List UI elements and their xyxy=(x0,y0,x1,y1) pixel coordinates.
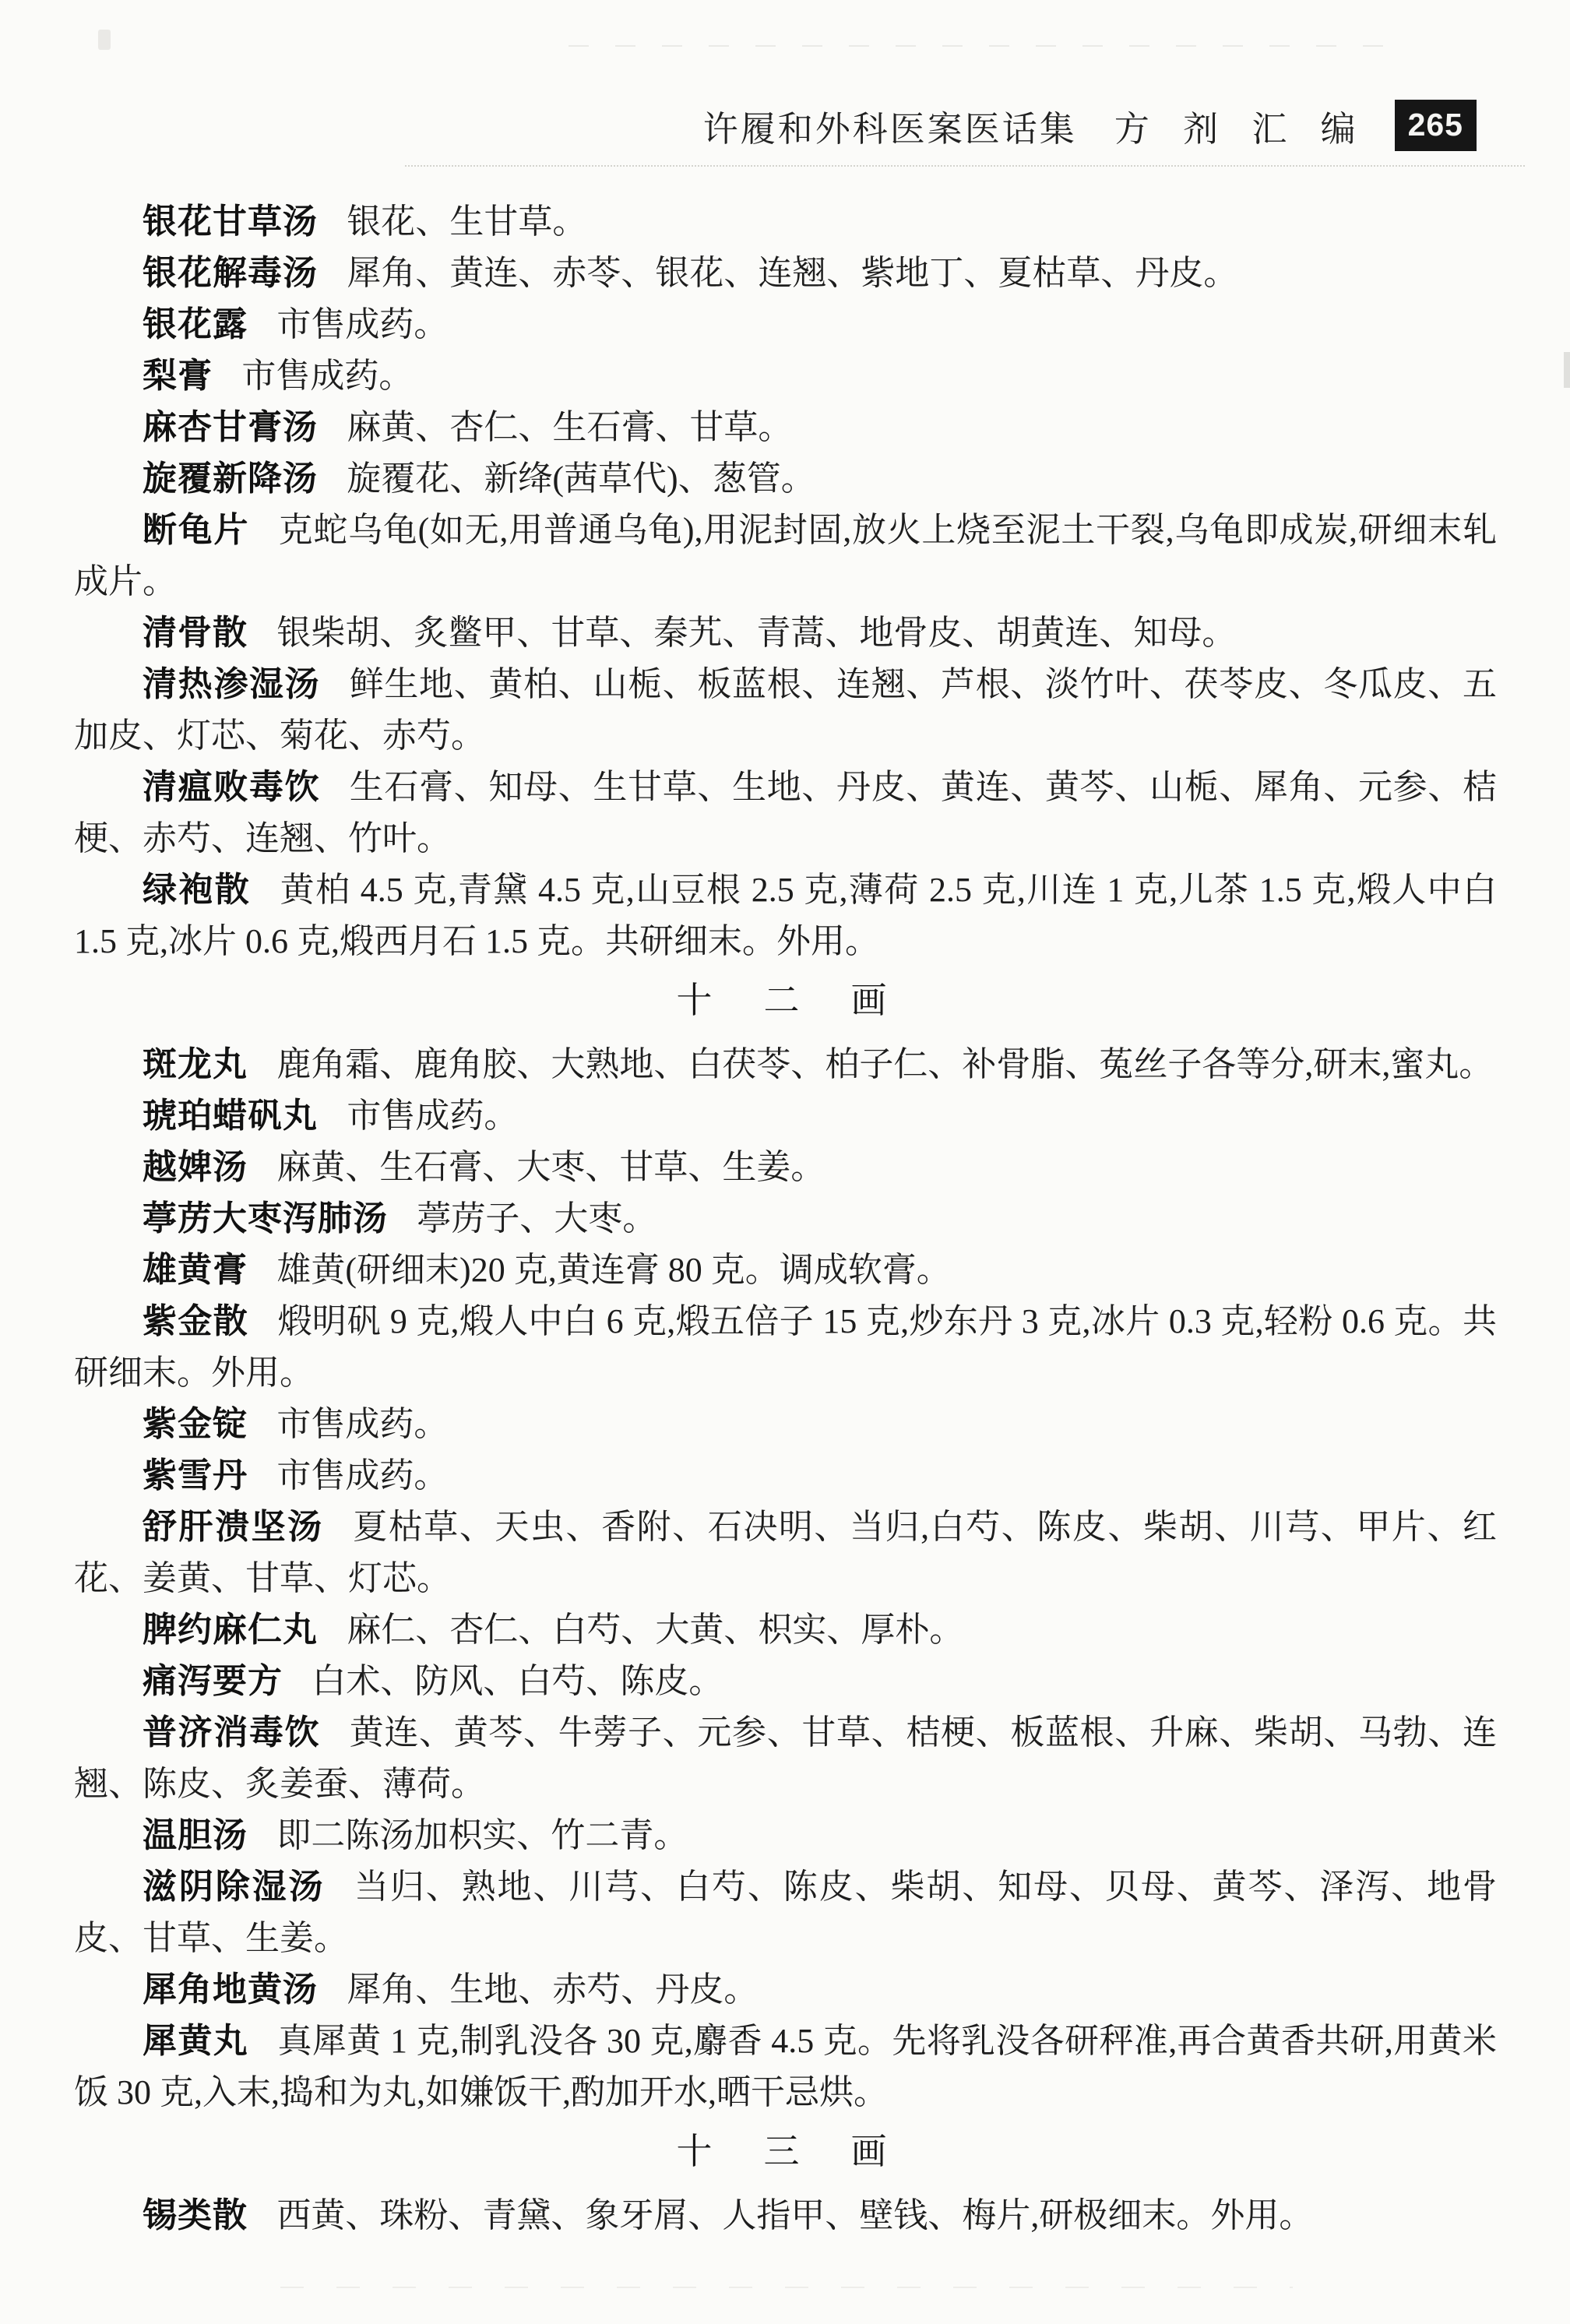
formula-ingredients: 煅明矾 9 克,煅人中白 6 克,煅五倍子 15 克,炒东丹 3 克,冰片 0.… xyxy=(74,1302,1497,1392)
formula-entry: 脾约麻仁丸麻仁、杏仁、白芍、大黄、枳实、厚朴。 xyxy=(74,1604,1497,1656)
formula-entry: 旋覆新降汤旋覆花、新绛(茜草代)、葱管。 xyxy=(74,453,1497,505)
formula-entry: 紫雪丹市售成药。 xyxy=(74,1450,1497,1502)
formula-entry: 银花甘草汤银花、生甘草。 xyxy=(74,196,1497,248)
formula-ingredients: 黄柏 4.5 克,青黛 4.5 克,山豆根 2.5 克,薄荷 2.5 克,川连 … xyxy=(74,871,1497,960)
formula-entry: 痛泻要方白术、防风、白芍、陈皮。 xyxy=(74,1656,1497,1707)
formula-name: 滋阴除湿汤 xyxy=(143,1868,326,1906)
formula-entry: 犀角地黄汤犀角、生地、赤芍、丹皮。 xyxy=(74,1964,1497,2016)
formula-entry: 犀黄丸真犀黄 1 克,制乳没各 30 克,麝香 4.5 克。先将乳没各研秤准,再… xyxy=(74,2016,1497,2118)
formula-entry: 清瘟败毒饮生石膏、知母、生甘草、生地、丹皮、黄连、黄芩、山栀、犀角、元参、桔梗、… xyxy=(74,762,1497,864)
formula-ingredients: 市售成药。 xyxy=(347,1097,518,1135)
formula-ingredients: 麻黄、生石膏、大枣、甘草、生姜。 xyxy=(276,1148,825,1186)
formula-name: 葶苈大枣泻肺汤 xyxy=(143,1199,388,1238)
book-page: 许履和外科医案医话集 方 剂 汇 编 265 银花甘草汤银花、生甘草。银花解毒汤… xyxy=(0,0,1570,2324)
formula-ingredients: 市售成药。 xyxy=(276,1405,448,1443)
formula-name: 斑龙丸 xyxy=(143,1045,248,1083)
formula-ingredients: 犀角、生地、赤芍、丹皮。 xyxy=(347,1970,758,2009)
scan-artifact xyxy=(98,30,111,50)
formula-name: 断龟片 xyxy=(143,511,249,549)
formula-name: 银花甘草汤 xyxy=(143,202,318,241)
formula-name: 普济消毒饮 xyxy=(143,1713,320,1752)
formula-ingredients: 鹿角霜、鹿角胶、大熟地、白茯苓、柏子仁、补骨脂、菟丝子各等分,研末,蜜丸。 xyxy=(276,1045,1493,1083)
book-title: 许履和外科医案医话集 xyxy=(703,100,1077,151)
formula-name: 温胆汤 xyxy=(143,1816,248,1854)
formula-ingredients: 市售成药。 xyxy=(241,357,413,395)
formula-name: 脾约麻仁丸 xyxy=(143,1611,318,1649)
formula-entry: 斑龙丸鹿角霜、鹿角胶、大熟地、白茯苓、柏子仁、补骨脂、菟丝子各等分,研末,蜜丸。 xyxy=(74,1039,1497,1090)
formula-entry: 葶苈大枣泻肺汤葶苈子、大枣。 xyxy=(74,1193,1497,1245)
formula-name: 银花露 xyxy=(143,305,248,343)
formula-entry: 麻杏甘膏汤麻黄、杏仁、生石膏、甘草。 xyxy=(74,402,1497,453)
formula-name: 清骨散 xyxy=(143,614,248,652)
formula-ingredients: 麻仁、杏仁、白芍、大黄、枳实、厚朴。 xyxy=(347,1611,963,1649)
formula-ingredients: 西黄、珠粉、青黛、象牙屑、人指甲、壁钱、梅片,研极细末。外用。 xyxy=(276,2196,1313,2234)
formula-entry: 锡类散西黄、珠粉、青黛、象牙屑、人指甲、壁钱、梅片,研极细末。外用。 xyxy=(74,2190,1497,2241)
formula-entry: 银花解毒汤犀角、黄连、赤苓、银花、连翘、紫地丁、夏枯草、丹皮。 xyxy=(74,248,1497,299)
formula-name: 银花解毒汤 xyxy=(143,254,318,292)
formula-ingredients: 麻黄、杏仁、生石膏、甘草。 xyxy=(347,408,792,446)
scan-artifact xyxy=(569,45,1394,47)
formula-name: 犀黄丸 xyxy=(143,2022,248,2060)
formula-entry: 越婢汤麻黄、生石膏、大枣、甘草、生姜。 xyxy=(74,1142,1497,1193)
page-header: 许履和外科医案医话集 方 剂 汇 编 265 xyxy=(0,100,1477,151)
formula-entry: 滋阴除湿汤当归、熟地、川芎、白芍、陈皮、柴胡、知母、贝母、黄芩、泽泻、地骨皮、甘… xyxy=(74,1861,1497,1964)
formula-entry: 普济消毒饮黄连、黄芩、牛蒡子、元参、甘草、桔梗、板蓝根、升麻、柴胡、马勃、连翘、… xyxy=(74,1707,1497,1810)
formula-name: 锡类散 xyxy=(143,2196,248,2234)
formula-ingredients: 白术、防风、白芍、陈皮。 xyxy=(312,1662,723,1700)
formula-ingredients: 银柴胡、炙鳖甲、甘草、秦艽、青蒿、地骨皮、胡黄连、知母。 xyxy=(276,614,1236,652)
formula-ingredients: 旋覆花、新绛(茜草代)、葱管。 xyxy=(347,460,815,498)
formula-name: 紫雪丹 xyxy=(143,1456,248,1495)
volume-title: 方 剂 汇 编 xyxy=(1114,100,1368,151)
formula-name: 紫金散 xyxy=(143,1302,248,1340)
formula-name: 越婢汤 xyxy=(143,1148,248,1186)
formula-ingredients: 真犀黄 1 克,制乳没各 30 克,麝香 4.5 克。先将乳没各研秤准,再合黄香… xyxy=(74,2022,1497,2111)
formula-ingredients: 犀角、黄连、赤苓、银花、连翘、紫地丁、夏枯草、丹皮。 xyxy=(347,254,1237,292)
formula-ingredients: 克蛇乌龟(如无,用普通乌龟),用泥封固,放火上烧至泥土干裂,乌龟即成炭,研细末轧… xyxy=(74,511,1497,600)
formula-name: 紫金锭 xyxy=(143,1405,248,1443)
formula-list: 银花甘草汤银花、生甘草。银花解毒汤犀角、黄连、赤苓、银花、连翘、紫地丁、夏枯草、… xyxy=(74,196,1497,2241)
formula-name: 清热渗湿汤 xyxy=(143,665,320,703)
formula-entry: 琥珀蜡矾丸市售成药。 xyxy=(74,1090,1497,1142)
formula-name: 琥珀蜡矾丸 xyxy=(143,1097,318,1135)
formula-name: 舒肝溃坚汤 xyxy=(143,1508,324,1546)
page-number-badge: 265 xyxy=(1395,100,1477,151)
formula-name: 痛泻要方 xyxy=(143,1662,283,1700)
header-divider xyxy=(405,165,1525,167)
formula-entry: 梨膏市售成药。 xyxy=(74,350,1497,402)
formula-name: 绿袍散 xyxy=(143,871,251,909)
formula-entry: 紫金散煅明矾 9 克,煅人中白 6 克,煅五倍子 15 克,炒东丹 3 克,冰片… xyxy=(74,1296,1497,1399)
section-heading: 十 三 画 xyxy=(74,2126,1497,2178)
formula-name: 梨膏 xyxy=(143,357,213,395)
formula-ingredients: 市售成药。 xyxy=(276,1456,448,1495)
formula-entry: 温胆汤即二陈汤加枳实、竹二青。 xyxy=(74,1810,1497,1861)
formula-entry: 清热渗湿汤鲜生地、黄柏、山栀、板蓝根、连翘、芦根、淡竹叶、茯苓皮、冬瓜皮、五加皮… xyxy=(74,659,1497,762)
section-heading: 十 二 画 xyxy=(74,975,1497,1026)
formula-ingredients: 葶苈子、大枣。 xyxy=(417,1199,657,1238)
formula-entry: 断龟片克蛇乌龟(如无,用普通乌龟),用泥封固,放火上烧至泥土干裂,乌龟即成炭,研… xyxy=(74,505,1497,607)
formula-ingredients: 市售成药。 xyxy=(276,305,448,343)
formula-entry: 雄黄膏雄黄(研细末)20 克,黄连膏 80 克。调成软膏。 xyxy=(74,1245,1497,1296)
formula-entry: 绿袍散黄柏 4.5 克,青黛 4.5 克,山豆根 2.5 克,薄荷 2.5 克,… xyxy=(74,864,1497,967)
formula-name: 麻杏甘膏汤 xyxy=(143,408,318,446)
formula-entry: 清骨散银柴胡、炙鳖甲、甘草、秦艽、青蒿、地骨皮、胡黄连、知母。 xyxy=(74,607,1497,659)
formula-name: 旋覆新降汤 xyxy=(143,460,318,498)
formula-ingredients: 雄黄(研细末)20 克,黄连膏 80 克。调成软膏。 xyxy=(276,1251,950,1289)
formula-entry: 舒肝溃坚汤夏枯草、天虫、香附、石决明、当归,白芍、陈皮、柴胡、川芎、甲片、红花、… xyxy=(74,1502,1497,1604)
formula-ingredients: 即二陈汤加枳实、竹二青。 xyxy=(276,1816,688,1854)
scan-artifact xyxy=(1564,352,1570,388)
formula-entry: 银花露市售成药。 xyxy=(74,299,1497,350)
formula-name: 清瘟败毒饮 xyxy=(143,768,320,806)
formula-name: 雄黄膏 xyxy=(143,1251,248,1289)
formula-entry: 紫金锭市售成药。 xyxy=(74,1399,1497,1450)
formula-ingredients: 银花、生甘草。 xyxy=(347,202,586,241)
scan-artifact xyxy=(280,2287,1293,2288)
formula-name: 犀角地黄汤 xyxy=(143,1970,318,2009)
